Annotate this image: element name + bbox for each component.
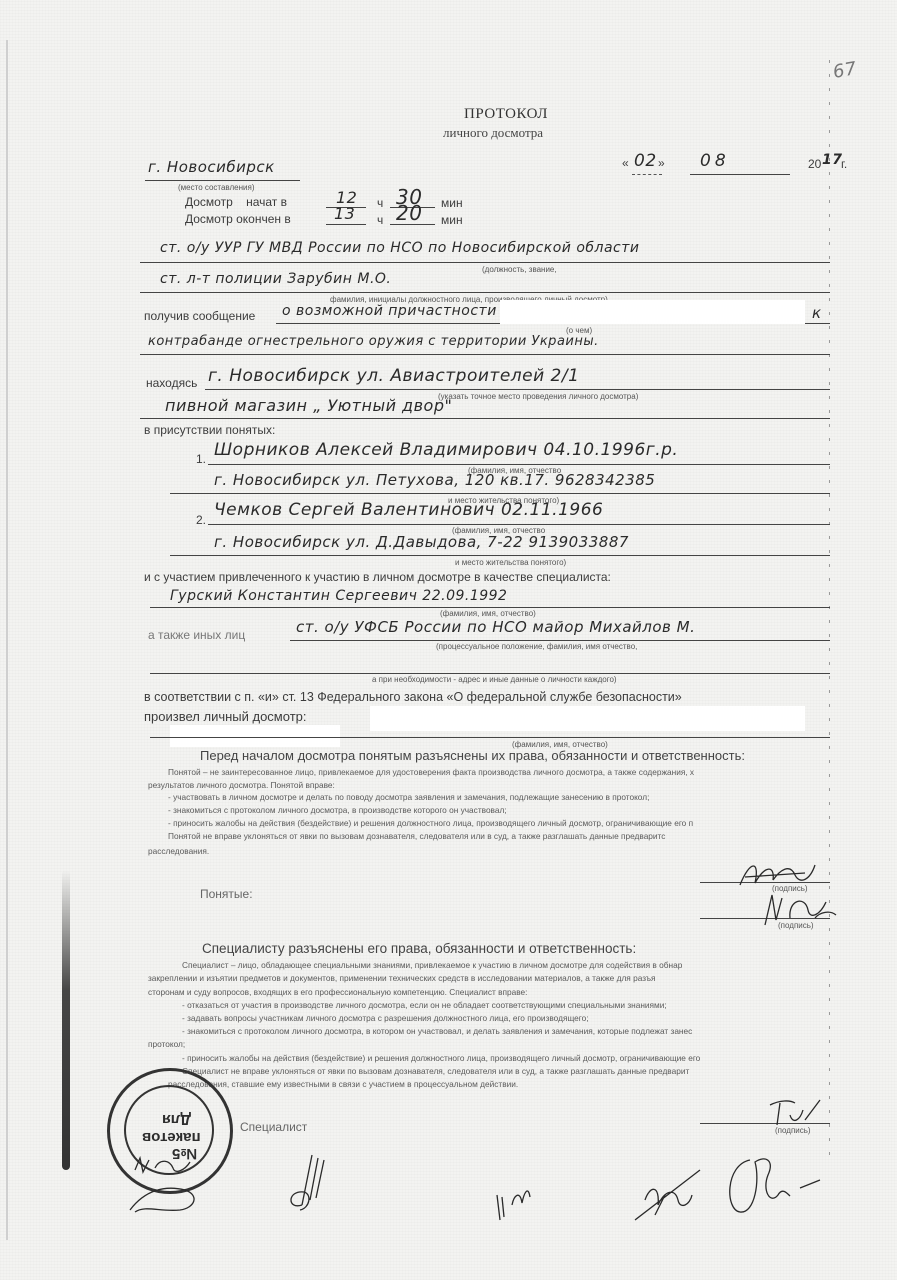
witness-bottom-signature [630, 1160, 705, 1230]
hour-unit-2: ч [377, 213, 383, 227]
scan-edge-right [829, 60, 830, 1160]
location-label: находясь [146, 376, 197, 390]
witness-1-signature [735, 855, 825, 895]
witness-1-number: 1. [196, 452, 206, 466]
witness-rights-line: результатов личного досмотра. Понятой вп… [148, 780, 335, 790]
min-unit-2: мин [441, 213, 463, 227]
witness-1-name: Шорников Алексей Владимирович 04.10.1996… [214, 440, 678, 460]
witness-rights-line: - приносить жалобы на действия (бездейст… [168, 818, 693, 828]
redacted-suspect-name [500, 300, 805, 324]
date-day: 02 [634, 151, 657, 171]
message-continuation: контрабанде огнестрельного оружия с терр… [148, 334, 599, 349]
date-open-quote: « [622, 156, 629, 170]
witness-rights-line: расследования. [148, 846, 209, 856]
location-value: г. Новосибирск ул. Авиастроителей 2/1 [208, 366, 579, 386]
specialist-rights-line: - знакомиться с протоколом личного досмо… [182, 1026, 692, 1036]
specialist-caption: (фамилия, имя, отчество) [440, 609, 536, 618]
end-hour: 13 [334, 204, 355, 223]
official-position: ст. о/у УУР ГУ МВД России по НСО по Ново… [160, 240, 640, 256]
document-title: ПРОТОКОЛ [464, 106, 548, 123]
others-label: а также иных лиц [148, 628, 245, 642]
end-min: 20 [396, 201, 422, 225]
document-subtitle: личного досмотра [443, 125, 543, 141]
witness-rights-line: - знакомиться с протоколом личного досмо… [168, 805, 507, 815]
date-year-suffix: 17 [822, 152, 842, 168]
witness-rights-line: - участвовать в личном досмотре и делать… [168, 792, 649, 802]
witnesses-label: в присутствии понятых: [144, 423, 275, 437]
witness-rights-line: Понятой не вправе уклоняться от явки по … [168, 831, 665, 841]
witness-2-number: 2. [196, 513, 206, 527]
place-value: г. Новосибирск [148, 158, 275, 176]
stamp-line-2: пакетов [142, 1129, 201, 1146]
hour-unit-1: ч [377, 196, 383, 210]
start-label: Досмотр начат в [185, 195, 287, 209]
specialist-rights-line: протокол; [148, 1039, 185, 1049]
min-unit-1: мин [441, 196, 463, 210]
witness-2-address-caption: и место жительства понятого) [455, 558, 566, 567]
end-label: Досмотр окончен в [185, 212, 291, 226]
specialist-rights-heading: Специалисту разъяснены его права, обязан… [202, 941, 636, 956]
specialist-rights-line: сторонам и суду вопросов, входящих в его… [148, 987, 527, 997]
specialist-rights-line: расследования, ставшие ему известными в … [168, 1079, 518, 1089]
specialist-rights-line: закреплении и изъятии предметов и докуме… [148, 973, 656, 983]
message-label: получив сообщение [144, 309, 255, 323]
specialist-rights-line: Специалист не вправе уклоняться от явки … [182, 1066, 689, 1076]
witness-bottom-signature-2 [720, 1150, 830, 1220]
page-number-mark: 67 [831, 58, 858, 83]
subject-label: произвел личный досмотр: [144, 709, 307, 724]
specialist-rights-line: - задавать вопросы участникам личного до… [182, 1013, 589, 1023]
official-name: ст. л-т полиции Зарубин М.О. [160, 271, 391, 287]
place-caption: (место составления) [178, 183, 255, 192]
scan-artifact-streak [62, 870, 70, 1170]
location-continuation: пивной магазин „ Уютный двор" [165, 396, 452, 415]
date-year-unit: г. [841, 157, 847, 171]
others-caption: (процессуальное положение, фамилия, имя … [436, 642, 637, 651]
witness-2-signature [760, 890, 840, 930]
witness-rights-line: Понятой – не заинтересованное лицо, прив… [168, 767, 694, 777]
date-year-prefix: 20 [808, 157, 821, 171]
redacted-subject-name-1 [370, 706, 805, 731]
witnesses-signature-label: Понятые: [200, 887, 253, 901]
stamp-line-1: Для [162, 1111, 191, 1128]
message-suffix: к [812, 304, 822, 322]
specialist-rights-line: - отказаться от участия в производстве л… [182, 1000, 667, 1010]
official-position-caption: (должность, звание, [482, 265, 557, 274]
specialist-rights-line: Специалист – лицо, обладающее специальны… [182, 960, 682, 970]
others-value: ст. о/у УФСБ России по НСО майор Михайло… [296, 618, 695, 636]
witness-2-name: Чемков Сергей Валентинович 02.11.1966 [214, 500, 603, 520]
initials-mark [492, 1175, 532, 1225]
witness-rights-heading: Перед началом досмотра понятым разъяснен… [200, 748, 745, 763]
location-caption: (указать точное место проведения личного… [438, 392, 638, 401]
scanned-document-page: 67 ПРОТОКОЛ личного досмотра г. Новосиби… [0, 0, 897, 1280]
date-close-quote: » [658, 156, 665, 170]
date-month: 08 [700, 151, 730, 171]
stamp-signature [125, 1150, 215, 1220]
redacted-subject-name-2 [170, 725, 340, 747]
subject-signature [282, 1150, 332, 1220]
others-caption-2: а при необходимости - адрес и иные данны… [372, 675, 617, 684]
specialist-rights-line: - приносить жалобы на действия (бездейст… [182, 1053, 700, 1063]
specialist-signature [765, 1095, 825, 1135]
specialist-label: и с участием привлеченного к участию в л… [144, 570, 611, 584]
specialist-name: Гурский Константин Сергеевич 22.09.1992 [170, 588, 507, 604]
message-value: о возможной причастности гр. [282, 303, 524, 319]
scan-edge-left [6, 40, 8, 1240]
witness-2-address: г. Новосибирск ул. Д.Давыдова, 7-22 9139… [214, 533, 629, 551]
witness-1-address: г. Новосибирск ул. Петухова, 120 кв.17. … [214, 471, 655, 489]
specialist-signature-label: Специалист [240, 1120, 307, 1134]
legal-basis: в соответствии с п. «и» ст. 13 Федеральн… [144, 690, 682, 704]
